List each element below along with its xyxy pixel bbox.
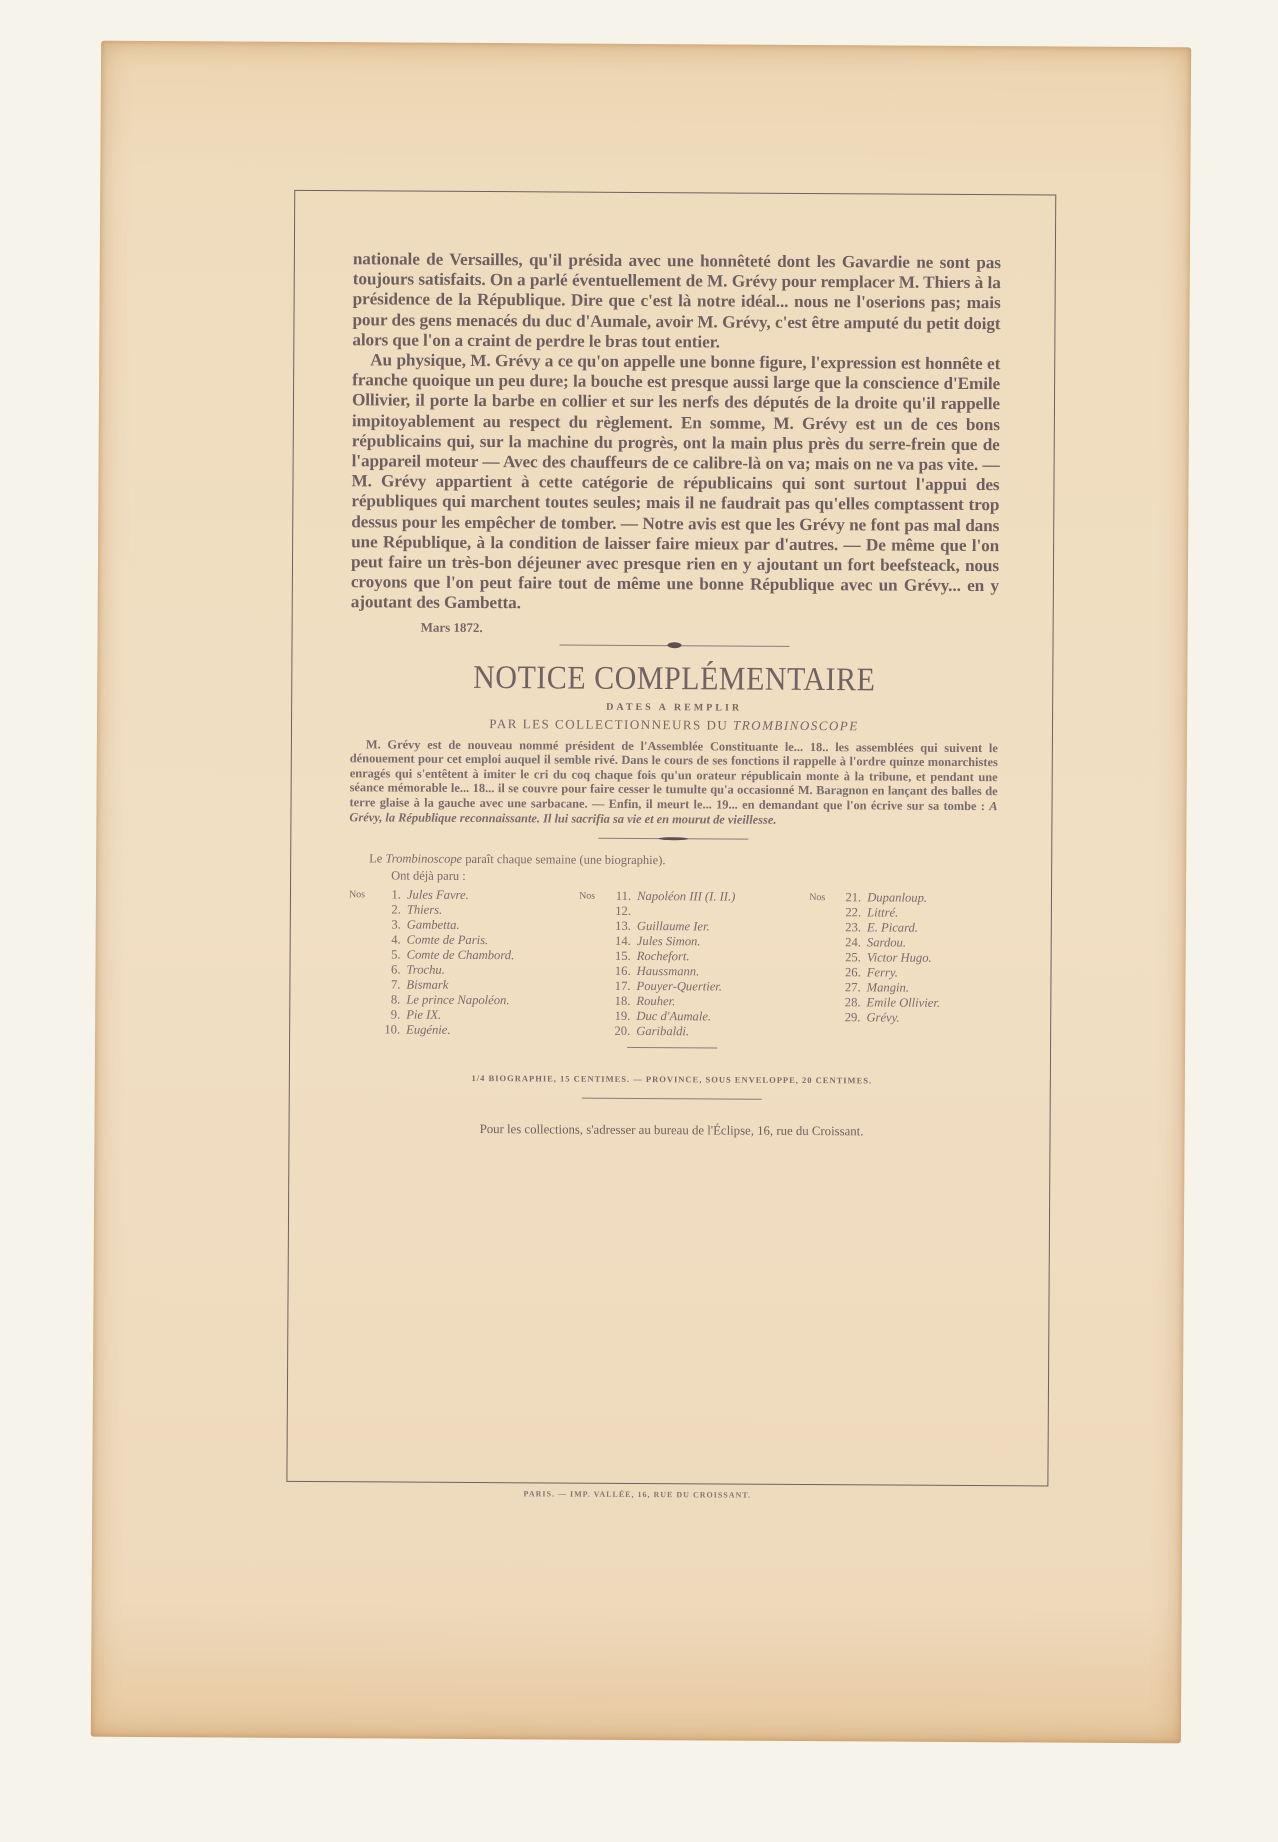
notice-byline: PAR LES COLLECTIONNEURS DU TROMBINOSCOPE — [350, 715, 998, 735]
list-item: 18.Rouher. — [602, 994, 808, 1010]
list-item: 10.Eugénie. — [372, 1023, 578, 1039]
list-item: 2.Thiers. — [373, 903, 579, 919]
list-item: 5.Comte de Chambord. — [373, 948, 579, 964]
list-item: 11.Napoléon III (I. II.) — [603, 889, 809, 905]
notice-title: NOTICE COMPLÉMENTAIRE — [350, 658, 998, 699]
list-item: 23.E. Picard. — [833, 920, 997, 936]
paragraph: Au physique, M. Grévy a ce qu'on appelle… — [351, 350, 1001, 617]
date-line: Mars 1872. — [421, 619, 999, 639]
list-column-3: Nos 21.Dupanloup. 22.Littré. 23.E. Picar… — [808, 890, 997, 1041]
ornamental-rule — [582, 1098, 762, 1100]
notice-body: M. Grévy est de nouveau nommé président … — [350, 737, 998, 813]
list-item: 29.Grévy. — [832, 1010, 996, 1026]
list-item: 13.Guillaume Ier. — [603, 919, 809, 935]
already-published-label: Ont déjà paru : — [391, 869, 997, 888]
list-item: 8.Le prince Napoléon. — [372, 993, 578, 1009]
ornamental-rule — [598, 838, 748, 840]
list-item: 20.Garibaldi. — [602, 1024, 808, 1040]
announce-prefix: Le — [369, 852, 385, 866]
page-content: nationale de Versailles, qu'il présida a… — [348, 249, 1001, 1140]
list-item: 7.Bismark — [372, 978, 578, 994]
list-prefix: Nos — [579, 889, 595, 904]
ornamental-rule — [627, 1047, 717, 1049]
list-item: 27.Mangin. — [833, 980, 997, 996]
price-line: 1/4 BIOGRAPHIE, 15 CENTIMES. — PROVINCE,… — [348, 1072, 996, 1086]
list-item: 6.Trochu. — [372, 963, 578, 979]
list-item: 15.Rochefort. — [603, 949, 809, 965]
list-item: 19.Duc d'Aumale. — [602, 1009, 808, 1025]
list-item: 9.Pie IX. — [372, 1008, 578, 1024]
list-column-1: Nos 1.Jules Favre. 2.Thiers. 3.Gambetta.… — [348, 887, 579, 1038]
paragraph: nationale de Versailles, qu'il présida a… — [352, 249, 1001, 354]
list-item: 17.Pouyer-Quertier. — [603, 979, 809, 995]
publication-announcement: Le Trombinoscope paraît chaque semaine (… — [369, 852, 997, 871]
ornamental-rule — [560, 644, 790, 646]
published-list: Nos 1.Jules Favre. 2.Thiers. 3.Gambetta.… — [348, 887, 997, 1041]
notice-subtitle: DATES A REMPLIR — [350, 700, 998, 715]
list-item: 16.Haussmann. — [603, 964, 809, 980]
list-item: 3.Gambetta. — [373, 918, 579, 934]
list-item: 14.Jules Simon. — [603, 934, 809, 950]
list-prefix: Nos — [349, 887, 365, 902]
announce-suffix: paraît chaque semaine (une biographie). — [462, 852, 665, 867]
text-frame: nationale de Versailles, qu'il présida a… — [286, 190, 1056, 1487]
notice-text: M. Grévy est de nouveau nommé président … — [349, 737, 998, 829]
list-column-2: Nos 11.Napoléon III (I. II.) 12. 13.Guil… — [578, 889, 809, 1040]
list-item: 4.Comte de Paris. — [373, 933, 579, 949]
collections-notice: Pour les collections, s'adresser au bure… — [348, 1121, 996, 1140]
byline-prefix: PAR LES COLLECTIONNEURS DU — [489, 716, 733, 732]
list-item: 21.Dupanloup. — [833, 890, 997, 906]
list-item: 1.Jules Favre. — [373, 888, 579, 904]
printer-imprint: PARIS. — IMP. VALLÉE, 16, RUE DU CROISSA… — [92, 1487, 1182, 1503]
list-prefix: Nos — [809, 890, 825, 905]
list-item: 24.Sardou. — [833, 935, 997, 951]
list-item: 12. — [603, 904, 809, 920]
list-item: 26.Ferry. — [833, 965, 997, 981]
byline-title: TROMBINOSCOPE — [733, 717, 859, 733]
announce-title: Trombinoscope — [385, 852, 462, 866]
paper-sheet: nationale de Versailles, qu'il présida a… — [91, 41, 1191, 1744]
list-item: 22.Littré. — [833, 905, 997, 921]
list-item: 28.Emile Ollivier. — [833, 995, 997, 1011]
list-item: 25.Victor Hugo. — [833, 950, 997, 966]
biography-text: nationale de Versailles, qu'il présida a… — [351, 249, 1001, 617]
